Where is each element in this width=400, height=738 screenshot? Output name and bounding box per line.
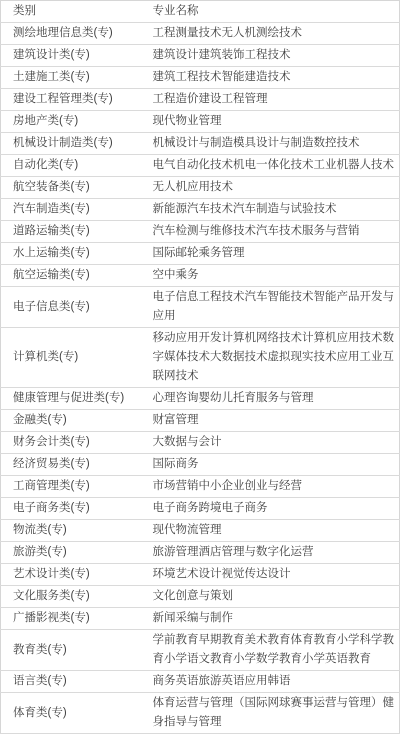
major-cell: 工程造价建设工程管理	[141, 89, 400, 111]
table-row: 机械设计制造类(专) 机械设计与制造模具设计与制造数控技术	[1, 133, 400, 155]
table-row: 航空装备类(专) 无人机应用技术	[1, 177, 400, 199]
category-cell: 电子商务类(专)	[1, 498, 141, 520]
table-body: 测绘地理信息类(专) 工程测量技术无人机测绘技术 建筑设计类(专) 建筑设计建筑…	[1, 23, 400, 734]
table-row: 测绘地理信息类(专) 工程测量技术无人机测绘技术	[1, 23, 400, 45]
table-header: 类别 专业名称	[1, 1, 400, 23]
table-row: 工商管理类(专) 市场营销中小企业创业与经营	[1, 476, 400, 498]
category-cell: 广播影视类(专)	[1, 608, 141, 630]
category-cell: 房地产类(专)	[1, 111, 141, 133]
major-cell: 学前教育早期教育美术教育体育教育小学科学教育小学语文教育小学数学教育小学英语教育	[141, 630, 400, 671]
category-cell: 航空装备类(专)	[1, 177, 141, 199]
major-cell: 建筑设计建筑装饰工程技术	[141, 45, 400, 67]
majors-table: 类别 专业名称 测绘地理信息类(专) 工程测量技术无人机测绘技术 建筑设计类(专…	[0, 0, 400, 734]
major-cell: 市场营销中小企业创业与经营	[141, 476, 400, 498]
table-row: 自动化类(专) 电气自动化技术机电一体化技术工业机器人技术	[1, 155, 400, 177]
table-row: 建设工程管理类(专) 工程造价建设工程管理	[1, 89, 400, 111]
major-cell: 文化创意与策划	[141, 586, 400, 608]
category-cell: 旅游类(专)	[1, 542, 141, 564]
major-cell: 电子商务跨境电子商务	[141, 498, 400, 520]
table-row: 艺术设计类(专) 环境艺术设计视觉传达设计	[1, 564, 400, 586]
major-cell: 无人机应用技术	[141, 177, 400, 199]
category-cell: 水上运输类(专)	[1, 243, 141, 265]
table-row: 物流类(专) 现代物流管理	[1, 520, 400, 542]
table-row: 语言类(专) 商务英语旅游英语应用韩语	[1, 671, 400, 693]
major-cell: 汽车检测与维修技术汽车技术服务与营销	[141, 221, 400, 243]
category-cell: 汽车制造类(专)	[1, 199, 141, 221]
category-cell: 语言类(专)	[1, 671, 141, 693]
table-row: 文化服务类(专) 文化创意与策划	[1, 586, 400, 608]
table-row: 电子信息类(专) 电子信息工程技术汽车智能技术智能产品开发与应用	[1, 287, 400, 328]
category-cell: 建设工程管理类(专)	[1, 89, 141, 111]
major-cell: 国际商务	[141, 454, 400, 476]
category-cell: 经济贸易类(专)	[1, 454, 141, 476]
category-cell: 艺术设计类(专)	[1, 564, 141, 586]
category-cell: 电子信息类(专)	[1, 287, 141, 328]
category-cell: 物流类(专)	[1, 520, 141, 542]
table-row: 经济贸易类(专) 国际商务	[1, 454, 400, 476]
major-cell: 现代物业管理	[141, 111, 400, 133]
table-row: 体育类(专) 体育运营与管理（国际网球赛事运营与管理）健身指导与管理	[1, 693, 400, 734]
table-row: 土建施工类(专) 建筑工程技术智能建造技术	[1, 67, 400, 89]
table-row: 航空运输类(专) 空中乘务	[1, 265, 400, 287]
category-cell: 财务会计类(专)	[1, 432, 141, 454]
column-header-major: 专业名称	[141, 1, 400, 23]
category-cell: 体育类(专)	[1, 693, 141, 734]
category-cell: 教育类(专)	[1, 630, 141, 671]
major-cell: 商务英语旅游英语应用韩语	[141, 671, 400, 693]
table-row: 水上运输类(专) 国际邮轮乘务管理	[1, 243, 400, 265]
major-cell: 大数据与会计	[141, 432, 400, 454]
category-cell: 文化服务类(专)	[1, 586, 141, 608]
category-cell: 机械设计制造类(专)	[1, 133, 141, 155]
major-cell: 空中乘务	[141, 265, 400, 287]
table-row: 教育类(专) 学前教育早期教育美术教育体育教育小学科学教育小学语文教育小学数学教…	[1, 630, 400, 671]
major-cell: 财富管理	[141, 410, 400, 432]
page: 类别 专业名称 测绘地理信息类(专) 工程测量技术无人机测绘技术 建筑设计类(专…	[0, 0, 400, 738]
major-cell: 国际邮轮乘务管理	[141, 243, 400, 265]
header-row: 类别 专业名称	[1, 1, 400, 23]
major-cell: 体育运营与管理（国际网球赛事运营与管理）健身指导与管理	[141, 693, 400, 734]
major-cell: 新能源汽车技术汽车制造与试验技术	[141, 199, 400, 221]
category-cell: 土建施工类(专)	[1, 67, 141, 89]
major-cell: 电子信息工程技术汽车智能技术智能产品开发与应用	[141, 287, 400, 328]
table-row: 财务会计类(专) 大数据与会计	[1, 432, 400, 454]
major-cell: 现代物流管理	[141, 520, 400, 542]
category-cell: 健康管理与促进类(专)	[1, 388, 141, 410]
table-row: 旅游类(专) 旅游管理酒店管理与数字化运营	[1, 542, 400, 564]
major-cell: 工程测量技术无人机测绘技术	[141, 23, 400, 45]
category-cell: 道路运输类(专)	[1, 221, 141, 243]
major-cell: 环境艺术设计视觉传达设计	[141, 564, 400, 586]
category-cell: 工商管理类(专)	[1, 476, 141, 498]
table-row: 汽车制造类(专) 新能源汽车技术汽车制造与试验技术	[1, 199, 400, 221]
major-cell: 建筑工程技术智能建造技术	[141, 67, 400, 89]
table-row: 电子商务类(专) 电子商务跨境电子商务	[1, 498, 400, 520]
table-row: 广播影视类(专) 新闻采编与制作	[1, 608, 400, 630]
category-cell: 测绘地理信息类(专)	[1, 23, 141, 45]
category-cell: 建筑设计类(专)	[1, 45, 141, 67]
category-cell: 金融类(专)	[1, 410, 141, 432]
table-row: 计算机类(专) 移动应用开发计算机网络技术计算机应用技术数字媒体技术大数据技术虚…	[1, 328, 400, 388]
table-row: 建筑设计类(专) 建筑设计建筑装饰工程技术	[1, 45, 400, 67]
column-header-category: 类别	[1, 1, 141, 23]
category-cell: 计算机类(专)	[1, 328, 141, 388]
category-cell: 航空运输类(专)	[1, 265, 141, 287]
major-cell: 旅游管理酒店管理与数字化运营	[141, 542, 400, 564]
major-cell: 机械设计与制造模具设计与制造数控技术	[141, 133, 400, 155]
table-row: 房地产类(专) 现代物业管理	[1, 111, 400, 133]
major-cell: 新闻采编与制作	[141, 608, 400, 630]
table-row: 道路运输类(专) 汽车检测与维修技术汽车技术服务与营销	[1, 221, 400, 243]
major-cell: 电气自动化技术机电一体化技术工业机器人技术	[141, 155, 400, 177]
table-row: 健康管理与促进类(专) 心理咨询婴幼儿托育服务与管理	[1, 388, 400, 410]
major-cell: 移动应用开发计算机网络技术计算机应用技术数字媒体技术大数据技术虚拟现实技术应用工…	[141, 328, 400, 388]
table-row: 金融类(专) 财富管理	[1, 410, 400, 432]
major-cell: 心理咨询婴幼儿托育服务与管理	[141, 388, 400, 410]
category-cell: 自动化类(专)	[1, 155, 141, 177]
